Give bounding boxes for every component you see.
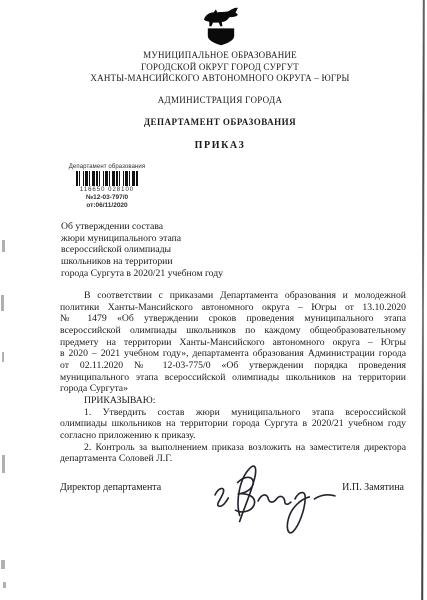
subject-line: всероссийской олимпиады bbox=[61, 244, 281, 256]
signer-name: И.П. Замятина bbox=[342, 482, 404, 493]
body-line: предмету на территории Ханты-Мансийского… bbox=[60, 337, 406, 349]
handwritten-signature bbox=[208, 460, 343, 542]
subject-line: города Сургута в 2020/21 учебном году bbox=[61, 268, 281, 280]
subject-line: школьников на территории bbox=[61, 256, 281, 268]
body-line: В соответствии с приказами Департамента … bbox=[60, 290, 406, 302]
body-line: муниципального этапа всероссийской олимп… bbox=[60, 372, 406, 384]
scan-speck bbox=[2, 352, 4, 362]
item1-line: 1. Утвердить состав жюри муниципального … bbox=[60, 407, 406, 419]
subject-line: Об утверждении состава bbox=[61, 221, 281, 233]
document-type-title: ПРИКАЗ bbox=[20, 140, 420, 151]
barcode-digits: 116650 028100 bbox=[62, 187, 152, 193]
document-body: В соответствии с приказами Департамента … bbox=[60, 290, 406, 465]
scan-speck bbox=[3, 582, 6, 588]
body-line: политики Ханты-Мансийского автономного о… bbox=[60, 302, 406, 314]
subject-line: жюри муниципального этапа bbox=[61, 233, 281, 245]
scan-edge-artifact bbox=[421, 0, 425, 600]
signature-scrawl-icon bbox=[208, 460, 343, 542]
scan-speck bbox=[2, 240, 5, 252]
body-line: от 02.11.2020 № 12-03-775/0 «Об утвержде… bbox=[60, 360, 406, 372]
org-line-1: МУНИЦИПАЛЬНОЕ ОБРАЗОВАНИЕ bbox=[20, 50, 420, 62]
registration-date: от:06/11/2020 bbox=[62, 202, 152, 209]
scanned-order-document: МУНИЦИПАЛЬНОЕ ОБРАЗОВАНИЕ ГОРОДСКОЙ ОКРУ… bbox=[0, 0, 427, 600]
body-line: города Сургута» bbox=[60, 383, 406, 395]
fox-shield-emblem-icon bbox=[199, 5, 243, 46]
resolve-word: ПРИКАЗЫВАЮ: bbox=[60, 395, 406, 407]
scan-speck bbox=[2, 455, 5, 473]
item1-line: согласно приложению к приказу. bbox=[60, 430, 406, 442]
org-line-3: ХАНТЫ-МАНСИЙСКОГО АВТОНОМНОГО ОКРУГА – Ю… bbox=[20, 73, 420, 85]
scan-speck bbox=[1, 295, 4, 311]
item1-line: олимпиады школьников на территории город… bbox=[60, 418, 406, 430]
administration-title: АДМИНИСТРАЦИЯ ГОРОДА bbox=[20, 95, 420, 105]
stamp-label: Департамент образования bbox=[62, 164, 152, 170]
item2-line: 2. Контроль за выполнением приказа возло… bbox=[60, 442, 406, 454]
body-line: всероссийской олимпиады школьников по ка… bbox=[60, 325, 406, 337]
org-header: МУНИЦИПАЛЬНОЕ ОБРАЗОВАНИЕ ГОРОДСКОЙ ОКРУ… bbox=[20, 50, 420, 85]
signer-position: Директор департамента bbox=[60, 482, 161, 493]
registration-stamp: Департамент образования 116650 028100 №1… bbox=[62, 164, 152, 209]
registration-number: №12-03-797/0 bbox=[62, 194, 152, 201]
surgut-coat-of-arms bbox=[199, 5, 243, 46]
department-title: ДЕПАРТАМЕНТ ОБРАЗОВАНИЯ bbox=[20, 117, 420, 127]
body-line: № 1479 «Об утверждении сроков проведения… bbox=[60, 313, 406, 325]
scan-speck bbox=[1, 560, 5, 569]
document-subject: Об утверждении состава жюри муниципально… bbox=[61, 221, 281, 280]
body-line: в 2020 – 2021 учебном году», департамент… bbox=[60, 348, 406, 360]
barcode bbox=[76, 171, 138, 186]
org-line-2: ГОРОДСКОЙ ОКРУГ ГОРОД СУРГУТ bbox=[20, 62, 420, 74]
